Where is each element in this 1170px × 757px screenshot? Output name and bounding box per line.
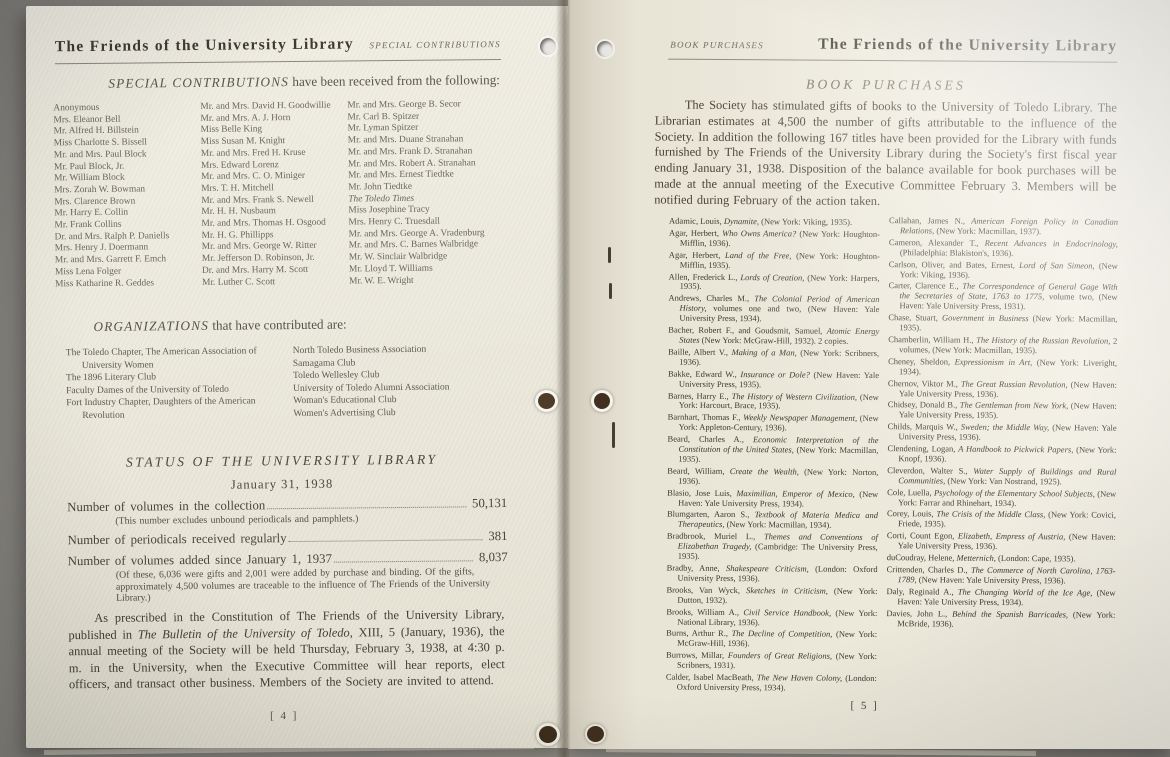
right-running-head: BOOK PURCHASES The Friends of the Univer…: [670, 35, 1117, 56]
organizations-heading: ORGANIZATIONS that have contributed are:: [57, 315, 503, 335]
book-author: Corti, Count Egon,: [887, 530, 958, 540]
book-publisher: (New York: Viking, 1935).: [759, 216, 852, 227]
contributor-name: Mr. W. E. Wright: [349, 275, 507, 288]
book-entry: Beard, Charles A., Economic Interpretati…: [667, 435, 878, 466]
status-date: January 31, 1938: [59, 475, 505, 494]
book-entry: Brooks, William A., Civil Service Handbo…: [666, 607, 877, 628]
book-entry: Bacher, Robert F., and Goudsmit, Samuel,…: [668, 326, 879, 347]
book-publisher: (New Haven: Yale University Press, 1936)…: [917, 574, 1066, 585]
annual-meeting-paragraph: As prescribed in the Constitution of The…: [68, 606, 505, 693]
special-contributions-heading-lead: SPECIAL CONTRIBUTIONS: [108, 74, 289, 91]
status-row: Number of volumes added since January 1,…: [68, 550, 508, 604]
book-author: Childs, Marquis W.,: [888, 421, 961, 432]
book-entry: Allen, Frederick L., Lords of Creation, …: [669, 272, 880, 293]
book-entry: Cameron, Alexander T., Recent Advances i…: [889, 238, 1118, 259]
book-entry: Childs, Marquis W., Sweden; the Middle W…: [888, 422, 1117, 443]
punch-hole-bottom-right: [585, 724, 606, 744]
book-entry: Chamberlin, William H., The History of t…: [888, 335, 1117, 356]
contributors-column-3: Mr. and Mrs. George B. Secor Mr. Carl B.…: [347, 99, 507, 288]
book-entry: Blasio, Jose Luis, Maximilian, Emperor o…: [667, 488, 878, 509]
left-running-head: The Friends of the University Library SP…: [55, 34, 501, 56]
book-publisher: (New York: Macmillan, 1937).: [934, 225, 1041, 236]
status-note: (This number excludes unbound periodical…: [115, 512, 503, 527]
organization-name: The Toledo Chapter, The American Associa…: [66, 345, 293, 372]
organizations-heading-lead: ORGANIZATIONS: [93, 318, 209, 334]
book-title: Behind the Spanish Barricades,: [952, 608, 1068, 619]
book-author: duCoudray, Helene,: [887, 552, 957, 562]
book-author: Brooks, William A.,: [666, 606, 743, 617]
book-author: Agar, Herbert,: [669, 228, 722, 238]
book-author: Cleverdon, Walter S.,: [887, 465, 973, 476]
organizations-column-1: The Toledo Chapter, The American Associa…: [66, 345, 294, 423]
book-entry: Blumgarten, Aaron S., Textbook of Materi…: [667, 510, 878, 531]
book-author: Barnes, Harry E.,: [668, 390, 732, 400]
book-author: Chidsey, Donald B.,: [888, 400, 960, 411]
book-list-column-2: Callahan, James N., American Foreign Pol…: [886, 216, 1118, 632]
book-entry: Calder, Isabel MacBeath, The New Haven C…: [666, 673, 877, 694]
book-publisher: (New York: McGraw-Hill, 1932). 2 copies.: [700, 335, 849, 346]
left-page: The Friends of the University Library SP…: [26, 6, 568, 748]
book-author: Corey, Louis,: [887, 509, 936, 519]
book-entry: Cleverdon, Walter S., Water Supply of Bu…: [887, 466, 1116, 487]
book-publisher: (London: Cape, 1935).: [996, 553, 1076, 564]
book-entry: Chernov, Viktor M., The Great Russian Re…: [888, 379, 1117, 400]
dotted-leader: [267, 506, 466, 509]
status-line: Number of periodicals received regularly…: [67, 529, 507, 548]
book-author: Bradby, Anne,: [667, 563, 726, 573]
book-publisher: volumes one and two, (New Haven: Yale Un…: [679, 303, 879, 323]
status-label: Number of volumes added since January 1,…: [68, 552, 332, 570]
punch-hole-middle-left: [535, 390, 558, 412]
book-title: Create the Wealth,: [730, 466, 799, 476]
book-author: Allen, Frederick L.,: [669, 271, 741, 282]
punch-hole-top-left: [540, 38, 556, 55]
book-entry: Agar, Herbert, Who Owns America? (New Yo…: [669, 229, 880, 250]
book-entry: Bradbrook, Muriel L., Themes and Convent…: [667, 532, 878, 563]
book-author: Cheney, Sheldon,: [888, 356, 955, 366]
punch-hole-middle-right: [591, 390, 613, 412]
book-title: A Handbook to Pickwick Papers,: [958, 444, 1073, 455]
book-author: Burns, Arthur R.,: [666, 628, 731, 638]
book-entry: Corti, Count Egon, Elizabeth, Empress of…: [887, 531, 1116, 552]
book-entry: Barnhart, Thomas F., Weekly Newspaper Ma…: [668, 413, 879, 434]
book-entry: Chidsey, Donald B., The Gentleman from N…: [888, 401, 1117, 422]
book-title: Who Owns America?: [722, 228, 796, 239]
contributor-name: Mr. and Mrs. George A. Vradenburg: [349, 228, 507, 241]
book-entry: Cheney, Sheldon, Expressionism in Art, (…: [888, 357, 1117, 378]
book-entry: Bakke, Edward W., Insurance or Dole? (Ne…: [668, 369, 879, 390]
book-title: Insurance or Dole?: [740, 369, 810, 379]
contributor-name: Miss Katharine R. Geddes: [55, 277, 202, 290]
status-row: Number of periodicals received regularly…: [67, 529, 507, 548]
book-author: Andrews, Charles M.,: [668, 293, 754, 304]
book-author: Baille, Albert V.,: [668, 346, 732, 356]
book-title: Making of a Man,: [732, 347, 797, 357]
book-author: Brooks, Van Wyck,: [666, 584, 746, 595]
right-page: BOOK PURCHASES The Friends of the Univer…: [568, 0, 1170, 749]
contributor-name: Mr. and Mrs. David H. Goodwillie: [200, 101, 347, 114]
status-row: Number of volumes in the collection 50,1…: [67, 496, 507, 528]
right-page-number: [ 5 ]: [651, 698, 1113, 713]
book-entry: Clendening, Logan, A Handbook to Pickwic…: [887, 444, 1116, 465]
book-entry: Baille, Albert V., Making of a Man, (New…: [668, 347, 879, 368]
book-purchases-intro: The Society has stimulated gifts of book…: [654, 97, 1117, 211]
book-title: Founders of Great Religions,: [728, 650, 832, 661]
book-entry: Andrews, Charles M., The Colonial Period…: [668, 294, 879, 325]
right-running-head-title: The Friends of the University Library: [818, 36, 1117, 56]
bulletin-title: The Bulletin of the University of Toledo: [138, 625, 350, 641]
book-entry: Barnes, Harry E., The History of Western…: [668, 391, 879, 412]
book-author: Agar, Herbert,: [669, 249, 725, 259]
book-author: Bakke, Edward W.,: [668, 368, 740, 379]
contributor-name: Mr. Luther C. Scott: [202, 276, 349, 289]
contributors-column-2: Mr. and Mrs. David H. Goodwillie Mr. and…: [200, 101, 349, 290]
book-author: Chernov, Viktor M.,: [888, 378, 961, 389]
photo-of-open-booklet: The Friends of the University Library SP…: [0, 0, 1170, 757]
status-title: STATUS OF THE UNIVERSITY LIBRARY: [59, 451, 505, 471]
left-page-content: The Friends of the University Library SP…: [22, 3, 571, 750]
left-running-head-section: SPECIAL CONTRIBUTIONS: [369, 39, 500, 50]
book-title: Sketches in Criticism,: [746, 585, 828, 596]
book-entry: Burrows, Millar, Founders of Great Relig…: [666, 651, 877, 672]
book-publisher: (New York: Van Nostrand, 1925).: [945, 475, 1062, 486]
book-entry: Beard, William, Create the Wealth, (New …: [667, 466, 878, 487]
book-entry: Agar, Herbert, Land of the Free, (New Yo…: [669, 250, 880, 271]
book-entry: Adamic, Louis, Dynamite, (New York: Viki…: [669, 217, 880, 228]
book-title: Lords of Creation,: [740, 272, 804, 282]
book-title: The Crisis of the Middle Class,: [936, 509, 1045, 520]
organizations-column-2: North Toledo Business Association Samaga…: [293, 343, 507, 421]
special-contributions-heading-rest: have been received from the following:: [289, 72, 500, 89]
book-entry: Bradby, Anne, Shakespeare Criticism, (Lo…: [667, 564, 878, 585]
book-author: Davies, John L.,: [886, 608, 952, 618]
book-author: Barnhart, Thomas F.,: [668, 412, 744, 423]
library-status-list: Number of volumes in the collection 50,1…: [67, 496, 508, 611]
book-entry: Carter, Clarence E., The Correspondence …: [888, 282, 1117, 313]
book-publisher: (Philadelphia: Blakiston's, 1936).: [900, 247, 1014, 258]
organization-name: Women's Advertising Club: [293, 406, 506, 421]
organizations-list: The Toledo Chapter, The American Associa…: [66, 343, 507, 423]
book-entry: Burns, Arthur R., The Decline of Competi…: [666, 629, 877, 650]
punch-hole-top-right: [597, 41, 613, 57]
binding-stitch: [609, 283, 612, 299]
book-entry: Chase, Stuart, Government in Business (N…: [888, 313, 1117, 334]
book-entry: Corey, Louis, The Crisis of the Middle C…: [887, 510, 1116, 531]
book-title: Government in Business: [942, 313, 1029, 324]
book-author: Chase, Stuart,: [888, 312, 942, 322]
book-author: Carter, Clarence E.,: [889, 281, 963, 292]
status-value: 50,131: [472, 496, 507, 511]
book-entry: Callahan, James N., American Foreign Pol…: [889, 216, 1118, 237]
book-purchases-title: BOOK PURCHASES: [655, 75, 1117, 94]
book-author: Burrows, Millar,: [666, 650, 728, 660]
organizations-heading-rest: that have contributed are:: [209, 317, 347, 333]
book-author: Blasio, Jose Luis,: [667, 487, 736, 497]
book-author: Daly, Reginald A.,: [886, 586, 957, 596]
book-entry: Crittenden, Charles D., The Commerce of …: [887, 565, 1116, 586]
book-title: Dynamite,: [724, 216, 759, 226]
book-publisher: (New York: Macmillan, 1934).: [724, 519, 831, 530]
book-title: Shakespeare Criticism,: [726, 563, 809, 574]
contributors-column-1: Anonymous Mrs. Eleanor Bell Mr. Alfred H…: [53, 102, 202, 291]
organization-name: Fort Industry Chapter, Daughters of the …: [66, 395, 293, 422]
left-page-number: [ 4 ]: [61, 708, 507, 724]
book-title: Land of the Free,: [725, 250, 791, 260]
page-gutter-shadow: [556, 0, 570, 757]
special-contributions-heading: SPECIAL CONTRIBUTIONS have been received…: [55, 72, 527, 93]
book-entry: Davies, John L., Behind the Spanish Barr…: [886, 609, 1115, 630]
right-page-content: BOOK PURCHASES The Friends of the Univer…: [568, 0, 1170, 749]
binding-stitch: [608, 247, 611, 263]
book-title: Expressionism in Art,: [955, 356, 1033, 367]
right-running-head-section: BOOK PURCHASES: [670, 40, 764, 51]
book-entry: Brooks, Van Wyck, Sketches in Criticism,…: [666, 585, 877, 606]
status-value: 8,037: [479, 550, 508, 565]
left-header-rule: [55, 59, 501, 64]
book-title: Lord of San Simeon,: [1019, 260, 1095, 271]
dotted-leader: [334, 561, 473, 563]
book-author: Beard, William,: [667, 465, 729, 475]
status-label: Number of periodicals received regularly: [67, 532, 286, 549]
left-running-head-title: The Friends of the University Library: [55, 35, 354, 56]
book-author: Clendening, Logan,: [887, 443, 958, 453]
status-value: 381: [488, 529, 507, 544]
punch-hole-bottom-left: [536, 723, 560, 746]
book-entry: Carlson, Oliver, and Bates, Ernest, Lord…: [889, 260, 1118, 281]
status-note: (Of these, 6,036 were gifts and 2,001 we…: [116, 566, 504, 604]
book-author: Cole, Luella,: [887, 487, 934, 497]
status-label: Number of volumes in the collection: [67, 498, 265, 515]
book-author: Callahan, James N.,: [889, 215, 971, 226]
contributors-list: Anonymous Mrs. Eleanor Bell Mr. Alfred H…: [53, 99, 507, 291]
book-list-column-1: Adamic, Louis, Dynamite, (New York: Viki…: [666, 217, 880, 696]
book-entry: Daly, Reginald A., The Changing World of…: [886, 587, 1115, 608]
book-title: Metternich,: [956, 553, 995, 563]
dotted-leader: [289, 540, 483, 543]
book-entry: Cole, Luella, Psychology of the Elementa…: [887, 488, 1116, 509]
right-header-rule: [668, 59, 1117, 63]
binding-stitch: [612, 422, 615, 448]
book-author: Adamic, Louis,: [669, 216, 724, 226]
book-entry: duCoudray, Helene, Metternich, (London: …: [887, 553, 1116, 565]
book-title: The New Haven Colony,: [757, 672, 842, 683]
